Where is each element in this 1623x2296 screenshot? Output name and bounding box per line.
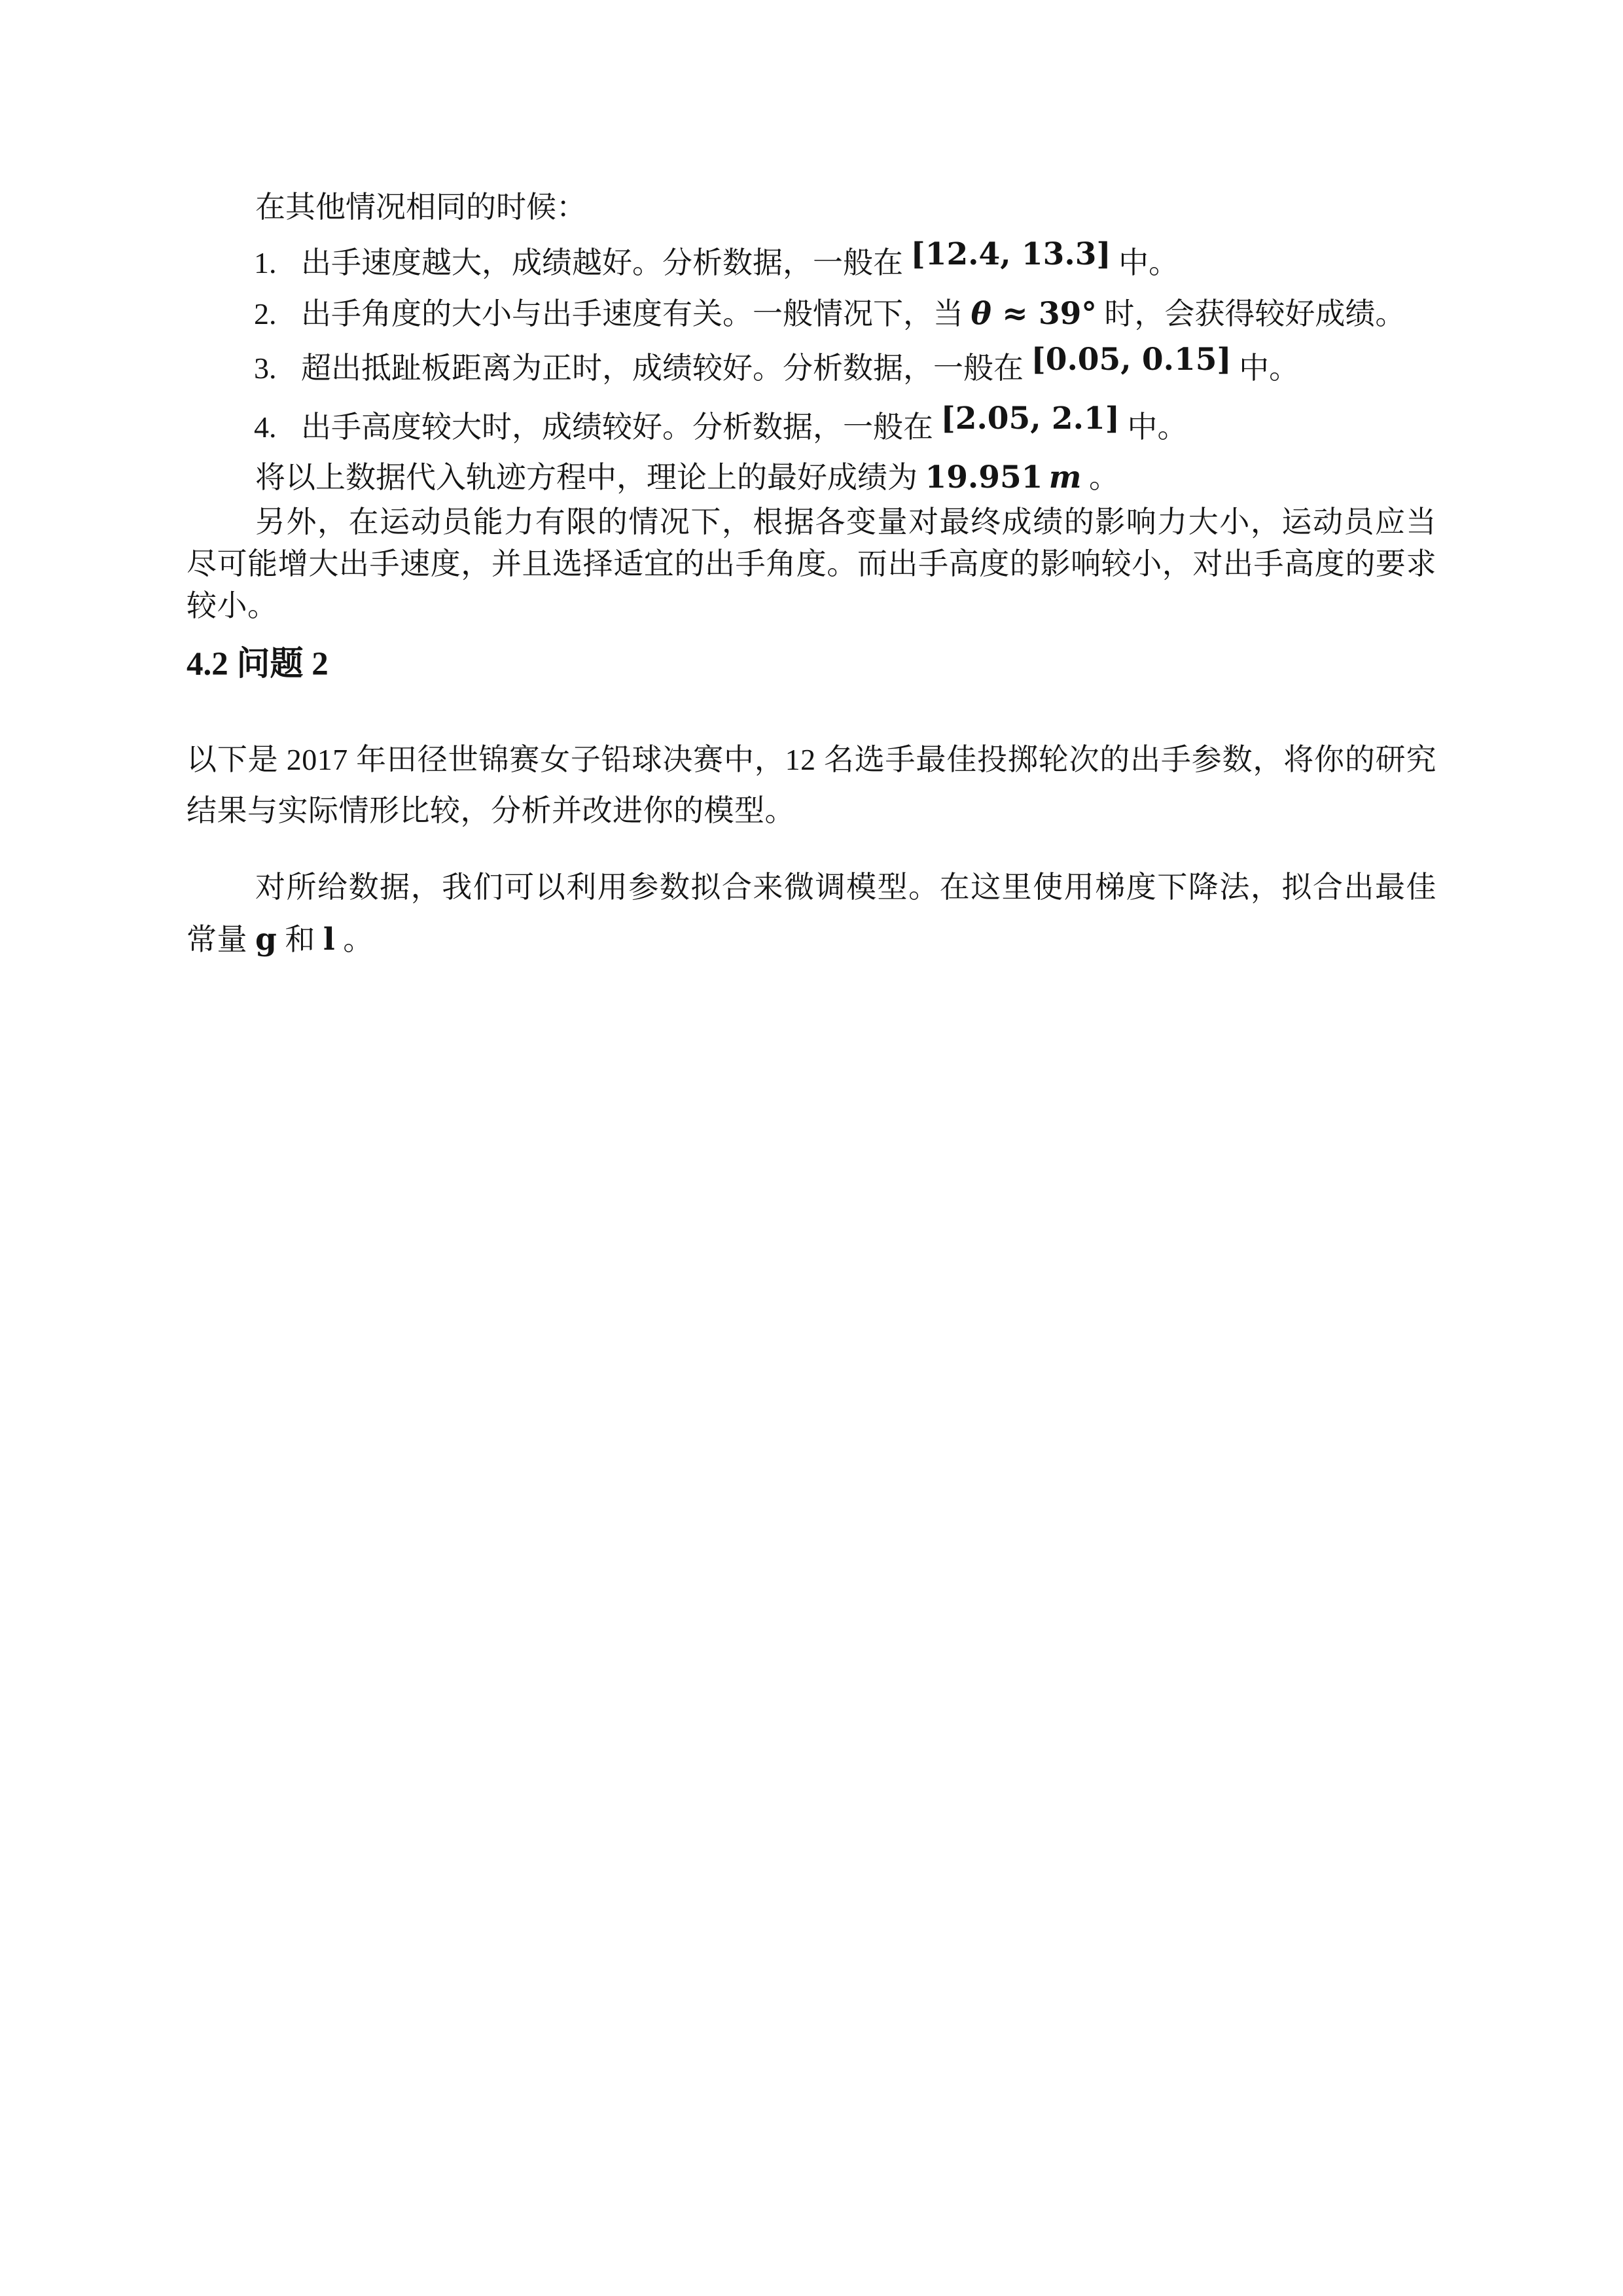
conclusion-text-after: 。 xyxy=(1082,461,1120,494)
fitting-paragraph: 对所给数据，我们可以利用参数拟合来微调模型。在这里使用梯度下降法，拟合出最佳常量… xyxy=(187,861,1436,966)
theta-expression: θ ≈ 39° xyxy=(971,296,1097,332)
conclusion-paragraph: 将以上数据代入轨迹方程中，理论上的最好成绩为 19.951 m 。 xyxy=(255,459,1436,496)
intro-paragraph: 在其他情况相同的时候： xyxy=(255,190,1436,224)
theta-symbol: θ xyxy=(971,296,991,332)
list-item-4-text-before: 出手高度较大时，成绩较好。分析数据，一般在 xyxy=(301,410,941,444)
list-item-2-text-after: 时，会获得较好成绩。 xyxy=(1097,297,1406,331)
list-item-1-text-after: 中。 xyxy=(1111,246,1179,279)
list-item-4: 4.出手高度较大时，成绩较好。分析数据，一般在 [2.05, 2.1] 中。 xyxy=(254,409,1438,446)
remark-text: 另外，在运动员能力有限的情况下，根据各变量对最终成绩的影响力大小，运动员应当尽可… xyxy=(187,505,1436,622)
approx-symbol: ≈ xyxy=(991,296,1039,332)
result-number: 19.951 xyxy=(925,459,1043,495)
q2-intro-paragraph: 以下是 2017 年田径世锦赛女子铅球决赛中，12 名选手最佳投掷轮次的出手参数… xyxy=(187,734,1436,836)
list-item-1: 1.出手速度越大，成绩越好。分析数据，一般在 [12.4, 13.3] 中。 xyxy=(254,245,1438,281)
symbol-l: l xyxy=(323,922,335,958)
list-item-4-text-after: 中。 xyxy=(1120,410,1188,444)
list-item-2: 2.出手角度的大小与出手速度有关。一般情况下，当 θ ≈ 39° 时，会获得较好… xyxy=(254,296,1438,332)
distance-interval: [0.05, 0.15] xyxy=(1031,342,1232,378)
list-item-1-text-before: 出手速度越大，成绩越好。分析数据，一般在 xyxy=(301,246,911,279)
intro-text: 在其他情况相同的时候： xyxy=(255,190,586,224)
height-interval: [2.05, 2.1] xyxy=(941,401,1120,437)
list-item-3-number: 3. xyxy=(254,350,301,387)
list-item-2-number: 2. xyxy=(254,296,301,332)
fitting-text-after: 。 xyxy=(335,923,374,956)
angle-value: 39 xyxy=(1039,296,1081,332)
meter-unit: m xyxy=(1049,459,1082,495)
fitting-text-before: 对所给数据，我们可以利用参数拟合来微调模型。在这里使用梯度下降法，拟合出最佳常量 xyxy=(187,870,1436,956)
degree-symbol: ° xyxy=(1081,296,1097,332)
velocity-interval: [12.4, 13.3] xyxy=(911,236,1111,272)
list-item-3: 3.超出抵趾板距离为正时，成绩较好。分析数据，一般在 [0.05, 0.15] … xyxy=(254,350,1438,387)
best-result-value: 19.951 m xyxy=(925,459,1082,495)
list-item-4-number: 4. xyxy=(254,409,301,446)
document-page: 在其他情况相同的时候： 1.出手速度越大，成绩越好。分析数据，一般在 [12.4… xyxy=(0,0,1623,2296)
conclusion-text-before: 将以上数据代入轨迹方程中，理论上的最好成绩为 xyxy=(255,461,925,494)
list-item-1-number: 1. xyxy=(254,245,301,281)
remark-paragraph: 另外，在运动员能力有限的情况下，根据各变量对最终成绩的影响力大小，运动员应当尽可… xyxy=(187,501,1436,627)
section-heading-text: 4.2 问题 2 xyxy=(187,646,329,683)
list-item-3-text-after: 中。 xyxy=(1232,351,1300,385)
q2-intro-text: 以下是 2017 年田径世锦赛女子铅球决赛中，12 名选手最佳投掷轮次的出手参数… xyxy=(187,743,1436,827)
symbol-g: g xyxy=(255,922,277,958)
list-item-2-text-before: 出手角度的大小与出手速度有关。一般情况下，当 xyxy=(301,297,971,331)
fitting-text-mid: 和 xyxy=(277,923,323,956)
section-heading: 4.2 问题 2 xyxy=(187,636,1436,685)
list-item-3-text-before: 超出抵趾板距离为正时，成绩较好。分析数据，一般在 xyxy=(301,351,1031,385)
